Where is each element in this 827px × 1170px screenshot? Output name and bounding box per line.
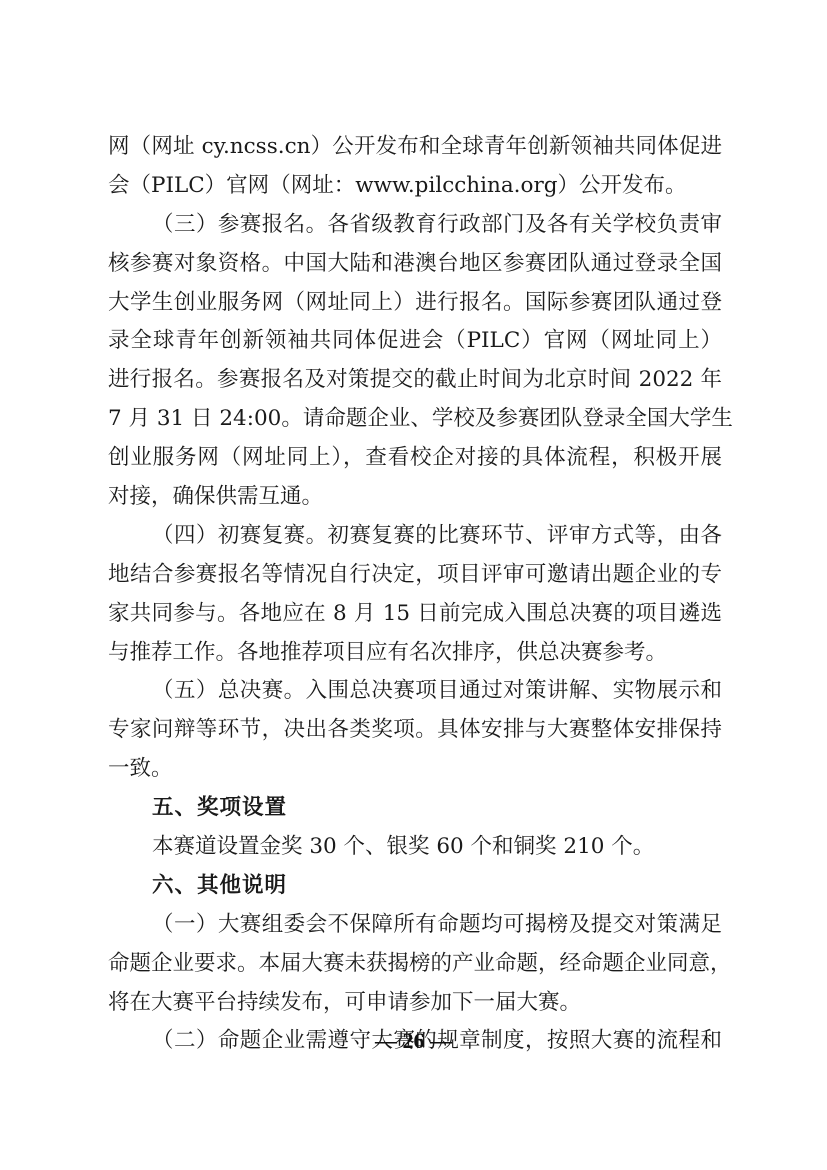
text-line: 进行报名。参赛报名及对策提交的截止时间为北京时间 2022 年: [108, 361, 722, 400]
text-line: 对接，确保供需互通。: [108, 478, 722, 517]
text-line: 将在大赛平台持续发布，可申请参加下一届大赛。: [108, 984, 722, 1023]
section-heading-other-notes: 六、其他说明: [108, 867, 722, 906]
paragraph-yi-disclaimer: （一）大赛组委会不保障所有命题均可揭榜及提交对策满足: [108, 906, 722, 945]
text-line: 一致。: [108, 750, 722, 789]
text-line: 核参赛对象资格。中国大陆和港澳台地区参赛团队通过登录全国: [108, 245, 722, 284]
text-line: 网（网址 cy.ncss.cn）公开发布和全球青年创新领袖共同体促进: [108, 128, 722, 167]
text-line: 专家问辩等环节，决出各类奖项。具体安排与大赛整体安排保持: [108, 711, 722, 750]
paragraph-awards: 本赛道设置金奖 30 个、银奖 60 个和铜奖 210 个。: [108, 828, 722, 867]
text-line: 录全球青年创新领袖共同体促进会（PILC）官网（网址同上）: [108, 322, 722, 361]
text-line: 地结合参赛报名等情况自行决定，项目评审可邀请出题企业的专: [108, 556, 722, 595]
text-line: 与推荐工作。各地推荐项目应有名次排序，供总决赛参考。: [108, 634, 722, 673]
text-line: 命题企业要求。本届大赛未获揭榜的产业命题，经命题企业同意，: [108, 945, 722, 984]
text-line: 创业服务网（网址同上），查看校企对接的具体流程，积极开展: [108, 439, 722, 478]
section-heading-awards: 五、奖项设置: [108, 789, 722, 828]
text-line: 会（PILC）官网（网址：www.pilcchina.org）公开发布。: [108, 167, 722, 206]
document-body: 网（网址 cy.ncss.cn）公开发布和全球青年创新领袖共同体促进 会（PIL…: [108, 128, 722, 1061]
page-number: — 26 —: [0, 1028, 827, 1054]
text-line: 大学生创业服务网（网址同上）进行报名。国际参赛团队通过登: [108, 284, 722, 323]
paragraph-san-registration: （三）参赛报名。各省级教育行政部门及各有关学校负责审: [108, 206, 722, 245]
paragraph-wu-finals: （五）总决赛。入围总决赛项目通过对策讲解、实物展示和: [108, 672, 722, 711]
document-page: 网（网址 cy.ncss.cn）公开发布和全球青年创新领袖共同体促进 会（PIL…: [0, 0, 827, 1170]
text-line: 家共同参与。各地应在 8 月 15 日前完成入围总决赛的项目遴选: [108, 595, 722, 634]
paragraph-si-preliminary: （四）初赛复赛。初赛复赛的比赛环节、评审方式等，由各: [108, 517, 722, 556]
text-line: 7 月 31 日 24:00。请命题企业、学校及参赛团队登录全国大学生: [108, 400, 722, 439]
